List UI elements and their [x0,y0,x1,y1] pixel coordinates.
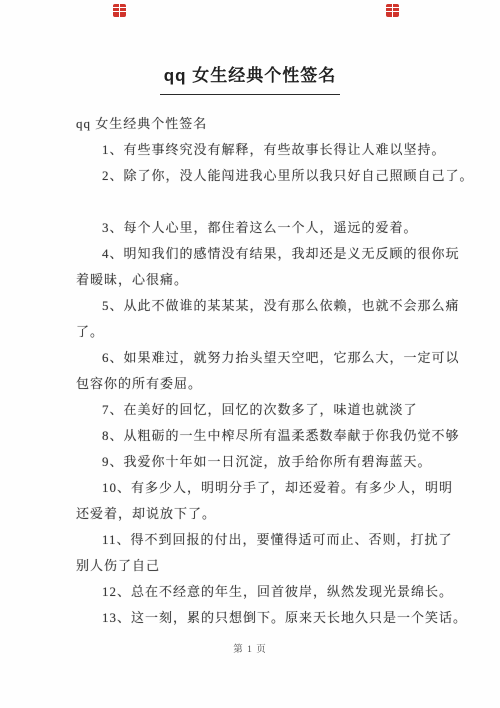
text-line: 9、我爱你十年如一日沉淀，放手给你所有碧海蓝天。 [76,449,430,475]
text-line: 11、得不到回报的付出，要懂得适可而止、否则，打扰了 [76,527,430,553]
page-title: qq 女生经典个性签名 [0,64,500,95]
text-line: 别人伤了自己 [76,553,430,579]
text-line: 4、明知我们的感情没有结果，我却还是义无反顾的很你玩 [76,241,430,267]
text-line: 8、从粗砺的一生中榨尽所有温柔悉数奉献于你我仍觉不够 [76,423,430,449]
text-line: 还爱着，却说放下了。 [76,501,430,527]
document-page: qq 女生经典个性签名 qq 女生经典个性签名1、有些事终究没有解释，有些故事长… [0,0,500,708]
text-line: 着暧昧，心很痛。 [76,267,430,293]
text-line: 了。 [76,319,430,345]
page-number: 第 1 页 [0,643,500,657]
text-line: 12、总在不经意的年生，回首彼岸，纵然发现光景绵长。 [76,579,430,605]
text-line: 6、如果难过，就努力抬头望天空吧，它那么大，一定可以 [76,345,430,371]
text-line: 13、这一刻，累的只想倒下。原来天长地久只是一个笑话。 [76,605,430,631]
text-line: 包容你的所有委屈。 [76,371,430,397]
red-seal-right-icon [386,4,399,17]
text-line: 7、在美好的回忆，回忆的次数多了，味道也就淡了 [76,397,430,423]
document-body: qq 女生经典个性签名1、有些事终究没有解释，有些故事长得让人难以坚持。2、除了… [0,111,500,631]
red-seal-left-icon [113,4,126,17]
text-line: 5、从此不做谁的某某某，没有那么依赖，也就不会那么痛 [76,293,430,319]
page-title-text: qq 女生经典个性签名 [160,64,341,95]
text-line: 1、有些事终究没有解释，有些故事长得让人难以坚持。 [76,137,430,163]
text-line: 2、除了你，没人能闯进我心里所以我只好自己照顾自己了。 [76,163,430,189]
text-line: 3、每个人心里，都住着这么一个人，遥远的爱着。 [76,215,430,241]
text-line: qq 女生经典个性签名 [76,111,430,137]
text-line: 10、有多少人，明明分手了，却还爱着。有多少人，明明 [76,475,430,501]
